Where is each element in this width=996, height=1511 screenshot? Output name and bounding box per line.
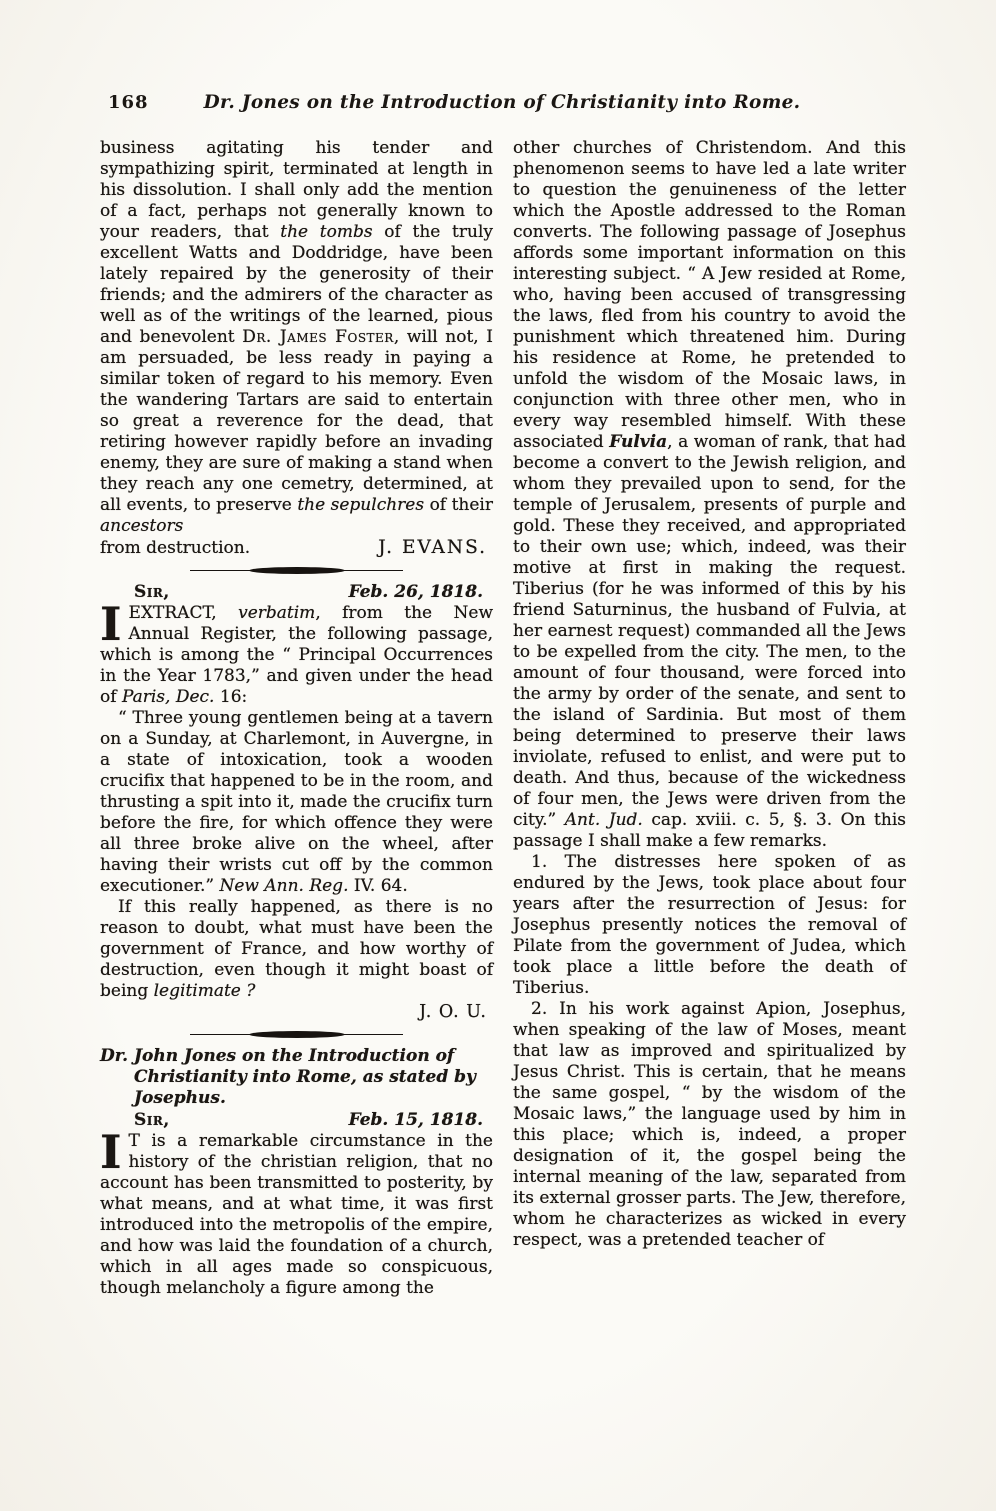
section-divider: [100, 1027, 493, 1043]
evans-letter-body: business agitating his tender and sympat…: [100, 138, 493, 537]
extract-salutation: Sir,: [134, 582, 170, 603]
josephus-passage-paragraph: other churches of Christendom. And this …: [513, 138, 906, 852]
evans-signature: J. EVANS.: [378, 537, 487, 558]
extract-closing-paragraph: If this really happened, as there is no …: [100, 897, 493, 1002]
jones-article-dateline: Sir, Feb. 15, 1818.: [100, 1110, 493, 1131]
jones-date: Feb. 15, 1818.: [349, 1110, 483, 1131]
jou-signature-row: J. O. U.: [100, 1002, 493, 1023]
drop-cap-initial: I: [100, 1133, 122, 1171]
left-column: business agitating his tender and sympat…: [100, 138, 493, 1299]
text-columns: business agitating his tender and sympat…: [100, 138, 906, 1299]
jones-article-body: IT is a remarkable circumstance in the h…: [100, 1131, 493, 1299]
extract-intro-text: EXTRACT, verbatim, from the New Annual R…: [100, 603, 493, 707]
extract-date: Feb. 26, 1818.: [349, 582, 483, 603]
jones-article-text: T is a remarkable circumstance in the hi…: [100, 1131, 493, 1298]
right-column: other churches of Christendom. And this …: [513, 138, 906, 1299]
evans-last-line: from destruction.: [100, 538, 250, 559]
page-header: 168 Dr. Jones on the Introduction of Chr…: [100, 92, 904, 118]
extract-letter-dateline: Sir, Feb. 26, 1818.: [100, 582, 493, 603]
jones-salutation: Sir,: [134, 1110, 170, 1131]
section-divider: [100, 563, 493, 579]
extract-intro-paragraph: IEXTRACT, verbatim, from the New Annual …: [100, 603, 493, 708]
running-title: Dr. Jones on the Introduction of Christi…: [100, 92, 904, 113]
article-title: Dr. John Jones on the Introduction of Ch…: [100, 1046, 493, 1109]
jou-signature: J. O. U.: [419, 1002, 487, 1023]
extract-quote-paragraph: “ Three young gentlemen being at a taver…: [100, 708, 493, 897]
scanned-document-page: 168 Dr. Jones on the Introduction of Chr…: [0, 0, 996, 1511]
page-number: 168: [108, 92, 149, 113]
drop-cap-initial: I: [100, 605, 122, 643]
remark-1-paragraph: 1. The distresses here spoken of as endu…: [513, 852, 906, 999]
evans-signature-row: from destruction. J. EVANS.: [100, 537, 493, 559]
remark-2-paragraph: 2. In his work against Apion, Josephus, …: [513, 999, 906, 1251]
